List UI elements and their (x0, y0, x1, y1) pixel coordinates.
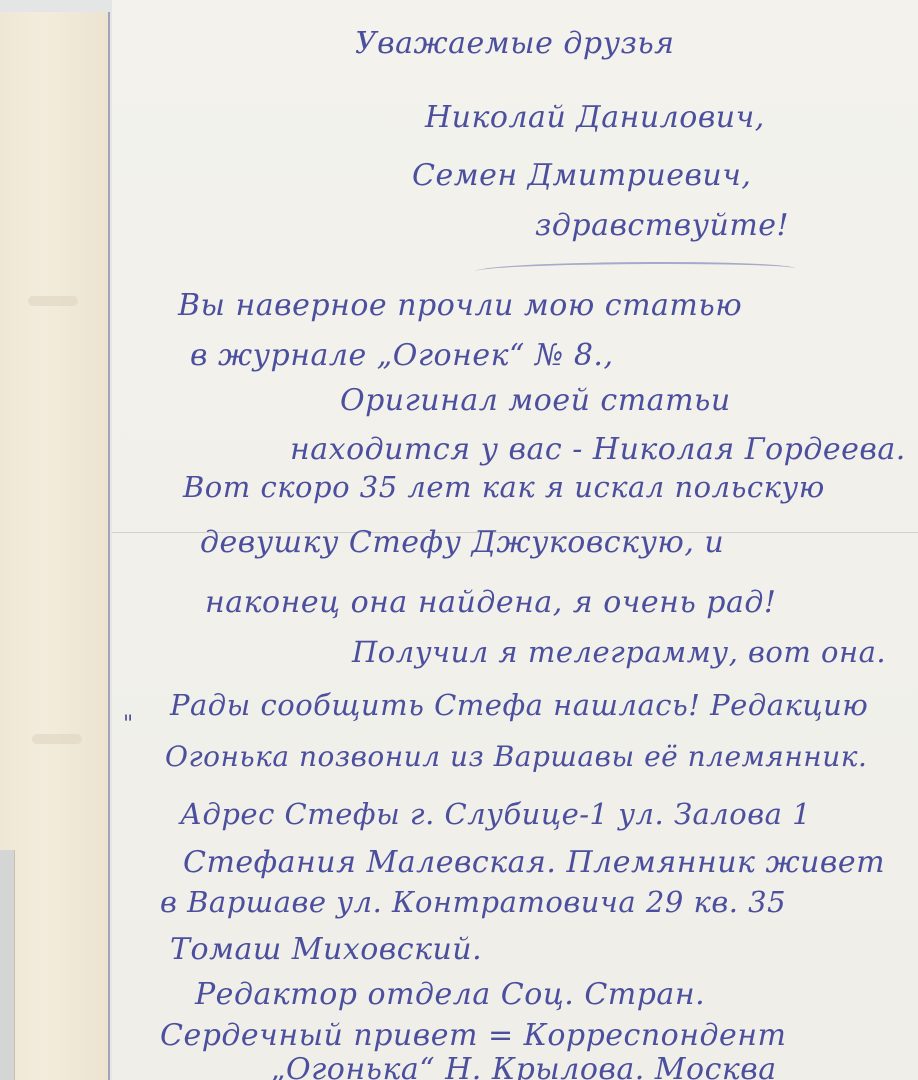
margin-quote-mark: " (123, 712, 133, 737)
body-line: „Огонька“ Н. Крылова. Москва (270, 1052, 777, 1080)
greeting-line: здравствуйте! (535, 208, 789, 243)
margin-line (108, 12, 110, 1080)
body-line: находится у вас - Николая Гордеева. (290, 432, 906, 467)
greeting-line: Уважаемые друзья (355, 26, 675, 61)
body-line: Огонька позвонил из Варшавы её племянник… (165, 740, 867, 773)
torn-edge (0, 850, 15, 1080)
body-line: Вот скоро 35 лет как я искал польскую (183, 470, 825, 504)
greeting-line: Семен Дмитриевич, (412, 158, 751, 193)
body-line: Вы наверное прочли мою статью (178, 288, 742, 323)
body-line: девушку Стефу Джуковскую, и (200, 525, 724, 560)
body-line: Получил я телеграмму, вот она. (352, 635, 886, 669)
body-line: Оригинал моей статьи (340, 383, 731, 418)
body-line: в журнале „Огонек“ № 8., (190, 338, 614, 373)
body-line: в Варшаве ул. Контратовича 29 кв. 35 (160, 885, 786, 919)
body-line: Сердечный привет = Корреспондент (160, 1018, 786, 1053)
body-line: Адрес Стефы г. Слубице-1 ул. Залова 1 (180, 797, 811, 831)
body-line: наконец она найдена, я очень рад! (205, 585, 776, 620)
body-line: Томаш Миховский. (170, 932, 482, 967)
body-line: Рады сообщить Стефа нашлась! Редакцию (170, 688, 868, 722)
paper-crease (28, 296, 78, 306)
greeting-line: Николай Данилович, (425, 100, 765, 135)
attached-paper-strip (0, 12, 110, 1080)
paper-crease (32, 734, 82, 744)
underline-flourish (475, 262, 795, 278)
body-line: Стефания Малевская. Племянник живет (183, 845, 885, 880)
body-line: Редактор отдела Соц. Стран. (195, 977, 705, 1012)
